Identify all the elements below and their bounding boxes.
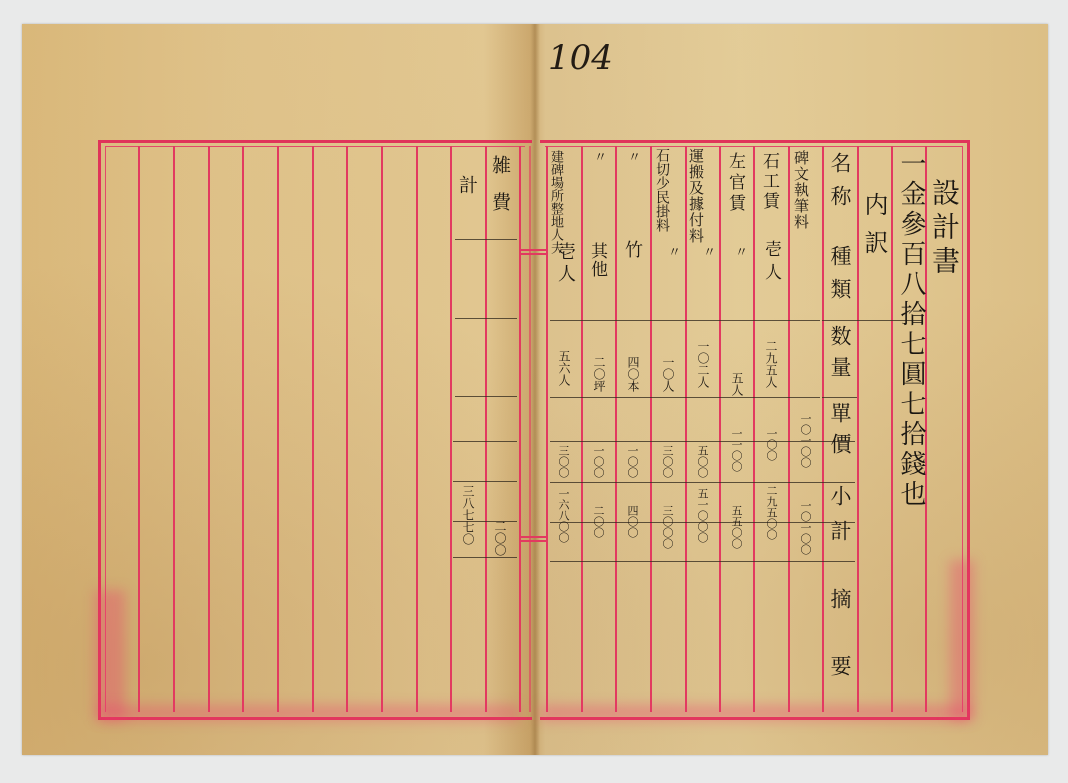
table-rule [453,481,517,482]
row-unit-price: 一〇〇 [627,445,638,478]
table-rule [550,320,820,321]
row-quantity: 一〇二人 [697,340,709,388]
ruling-line [242,146,244,712]
ink-stain [100,705,520,721]
table-rule [453,441,517,442]
gutter-mark [520,253,546,255]
ruling-line [173,146,175,712]
row-unit-price: 三〇〇 [558,445,569,478]
row-quantity: 二九五人 [765,340,777,388]
ruling-line [519,146,521,712]
ruling-line [753,146,755,712]
row-subtotal: 三〇〇〇 [662,505,673,549]
ruling-line [529,146,531,712]
row-unit-price: 一〇〇 [593,445,604,478]
header-type: 種類 [829,245,850,311]
table-rule [455,318,517,319]
row-subtotal: 四〇〇 [627,505,638,538]
table-rule [455,239,517,240]
row-subtotal: 一六八〇〇 [558,488,569,543]
row-quantity: 五人 [731,372,743,396]
ruling-line [381,146,383,712]
row-subtotal: 五一〇〇〇 [697,488,708,543]
table-rule [455,396,517,397]
ruling-line [450,146,452,712]
ink-stain [540,705,970,721]
row-type: 壱人 [762,240,779,286]
ruling-line [650,146,652,712]
table-rule [550,561,855,562]
total-amount: 一金參百八拾七圓七拾錢也 [898,150,924,510]
total-name: 計 [457,175,476,195]
ruling-line [208,146,210,712]
row-subtotal: 五五〇〇 [731,505,742,549]
header-name: 名称 [829,152,850,218]
row-unit-price: 一一〇〇 [731,428,742,472]
ink-stain [950,560,974,720]
row-name: 石切少民掛料 [655,148,669,232]
row-quantity: 一〇人 [662,356,674,392]
header-subtotal: 小計 [829,485,850,555]
table-rule [550,397,820,398]
document-title: 設計書 [930,178,958,280]
ruling-line [138,146,140,712]
ruling-line [857,146,859,712]
row-subtotal: 二九五〇〇 [766,485,777,540]
table-rule [550,482,855,483]
row-name: 〃 [626,150,639,164]
page-number: 104 [548,38,613,78]
row-type: 其他 [588,242,605,278]
ruling-line [891,146,893,712]
left-page-inner-frame [105,146,525,712]
row-unit-price: 一〇〇 [766,428,777,461]
table-rule [453,557,517,558]
ruling-line [277,146,279,712]
row-name: 〃 [592,150,605,164]
row-unit-price: 一〇一〇〇 [800,413,811,468]
row-type: 壱人 [556,242,574,286]
row-name: 碑文執筆料 [793,150,808,230]
ruling-line [719,146,721,712]
ink-stain [95,590,125,720]
table-rule [822,397,857,398]
ruling-line [822,146,824,712]
misc-name: 雑費 [490,155,509,229]
ruling-line [485,146,487,712]
ruling-line [346,146,348,712]
ruling-line [312,146,314,712]
total-subtotal: 三八七七〇 [462,485,474,545]
ruling-line [416,146,418,712]
row-unit-price: 五〇〇 [697,445,708,478]
row-unit-price: 三〇〇 [662,445,673,478]
header-remarks: 摘要 [829,588,850,722]
ruling-line [788,146,790,712]
ruling-line [581,146,583,712]
row-type: 〃 [701,245,714,259]
row-quantity: 二〇坪 [593,356,605,392]
misc-subtotal: 二〇〇 [494,520,506,556]
header-unit-price: 單價 [829,402,850,464]
ruling-line [615,146,617,712]
row-type: 竹 [623,240,641,259]
row-quantity: 五六人 [558,350,570,386]
breakdown-label: 内訳 [862,192,886,268]
row-subtotal: 一〇一〇〇 [800,500,811,555]
gutter-mark [520,540,546,542]
gutter-mark [520,249,546,251]
gutter-mark [520,536,546,538]
row-name: 運搬及據付料 [688,148,703,244]
header-quantity: 数量 [829,325,850,387]
row-name: 石工賃 [760,152,777,212]
row-type: 〃 [733,245,746,259]
row-subtotal: 二〇〇 [593,505,604,538]
row-quantity: 四〇本 [627,356,639,392]
row-name: 左官賃 [726,152,743,215]
row-type: 〃 [666,245,679,259]
